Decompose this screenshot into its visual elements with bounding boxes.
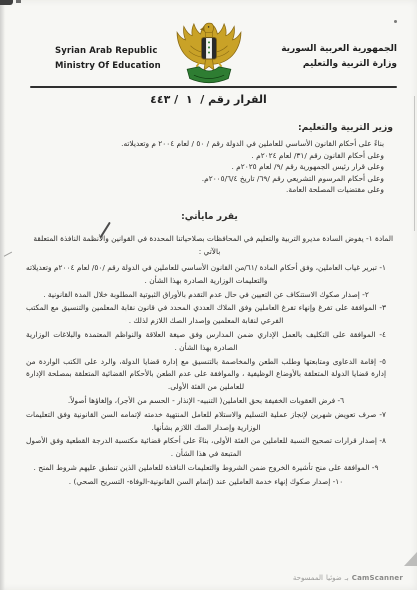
minister-heading: وزير التربية والتعليم: (26, 122, 393, 133)
syrian-eagle-emblem-icon (167, 22, 251, 92)
scanned-decree-page: Syrian Arab Republic Ministry Of Educati… (0, 0, 417, 590)
scan-dot-artifact (394, 20, 397, 23)
decree-number-title: القرار رقم / ١ / ٤٤٣ (0, 93, 417, 106)
watermark-word: بـ (345, 574, 349, 582)
preamble-line: وعلى مقتضيات المصلحة العامة. (26, 184, 393, 196)
scan-artifact-mark-small (16, 0, 21, 3)
article-1-intro: المادة ١- يفوض السادة مديرو التربية والت… (26, 232, 393, 245)
camscanner-watermark: الممسوحة ضوئيا بـ CamScanner (293, 574, 403, 582)
decree-item-9: ٩- الموافقة على منح تأشيرة الخروج ضمن ال… (26, 462, 386, 475)
decide-heading: يقرر مايأتي: (26, 211, 393, 222)
decree-item-7: ٧- صرف تعويض شهرين لإنجاز عملية التسليم … (26, 409, 386, 435)
watermark-word: ضوئيا (326, 574, 342, 582)
article-1-intro-tail: بالآتي : (26, 245, 393, 258)
decree-item-2: ٢- إصدار صكوك الاستنكاف عن التعيين في حا… (26, 289, 386, 302)
scan-edge-shadow-left (0, 0, 5, 590)
decree-body: وزير التربية والتعليم: بناءً على أحكام ا… (26, 122, 393, 490)
letterhead-en-line1: Syrian Arab Republic (55, 44, 161, 59)
letterhead-english: Syrian Arab Republic Ministry Of Educati… (55, 44, 161, 74)
letterhead-ar-line1: الجمهورية العربية السورية (281, 42, 397, 57)
decree-item-4: ٤- الموافقة على التكليف بالعمل الإداري ض… (26, 329, 386, 355)
decree-item-3: ٣- الموافقة على تفرغ وإنهاء تفرغ العاملي… (26, 302, 386, 328)
scan-artifact-mark (0, 0, 13, 5)
decree-item-8: ٨- إصدار قرارات تصحيح النسبة للعاملين من… (26, 435, 386, 461)
letterhead-arabic: الجمهورية العربية السورية وزارة التربية … (281, 42, 397, 72)
page-corner-fold (404, 552, 417, 566)
decree-item-5: ٥- إقامة الدعاوى ومتابعتها وطلب الطعن وا… (26, 356, 386, 394)
preamble-line: وعلى أحكام المرسوم التشريعي رقم /٦٩/ تار… (26, 173, 393, 185)
preamble-line: وعلى قرار رئيس الجمهورية رقم /٩/ لعام ٢٠… (26, 161, 393, 173)
paper-edge-line-right (414, 96, 415, 231)
decree-item-10: ١٠- إصدار صكوك إنهاء خدمة العاملين عند (… (26, 476, 386, 489)
preamble-line: وعلى أحكام القانون رقم /٣١/ لعام ٢٠٢٤م . (26, 150, 393, 162)
camscanner-brand-label: CamScanner (352, 574, 403, 582)
letterhead-ar-line2: وزارة التربية والتعليم (281, 57, 397, 72)
preamble-line: بناءً على أحكام القانون الأساسي للعاملين… (26, 138, 393, 150)
decree-item-1: ١- تبرير غياب العاملين، وفق أحكام المادة… (26, 262, 386, 288)
letterhead-en-line2: Ministry Of Education (55, 59, 161, 74)
watermark-word: الممسوحة (293, 574, 323, 582)
delegation-items-list: ١- تبرير غياب العاملين، وفق أحكام المادة… (26, 262, 386, 489)
decree-item-6: ٦- فرض العقوبات الخفيفة بحق العاملين( ال… (26, 395, 386, 408)
